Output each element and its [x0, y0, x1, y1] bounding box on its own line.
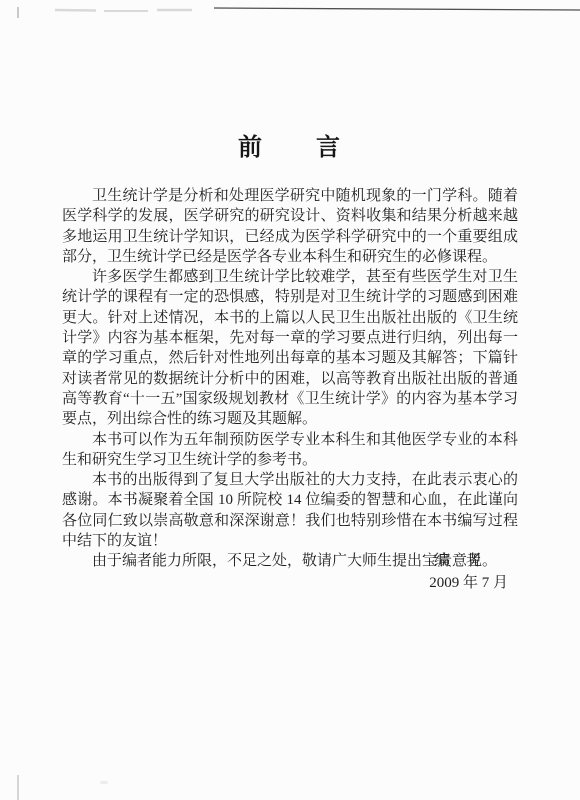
signature-date: 2009 年 7 月: [429, 572, 508, 594]
page-title: 前 言: [0, 127, 580, 162]
scan-artifact-tick-top: [17, 7, 19, 18]
paragraph-3: 本书可以作为五年制预防医学专业本科生和其他医学专业的本科生和研究生学习卫生统计学…: [62, 430, 518, 471]
scan-line: [214, 8, 580, 10]
paragraph-2: 许多医学生都感到卫生统计学比较难学，甚至有些医学生对卫生统计学的课程有一定的恐惧…: [62, 267, 518, 429]
preface-body: 卫生统计学是分析和处理医学研究中随机现象的一门学科。随着医学科学的发展，医学研究…: [62, 186, 518, 572]
signature-block: 编 者 2009 年 7 月: [429, 550, 508, 594]
paragraph-1: 卫生统计学是分析和处理医学研究中随机现象的一门学科。随着医学科学的发展，医学研究…: [62, 186, 518, 267]
scan-dash-1: [55, 10, 96, 11]
scanned-page: 前 言 卫生统计学是分析和处理医学研究中随机现象的一门学科。随着医学科学的发展，…: [0, 0, 580, 800]
author-signature: 编 者: [429, 550, 482, 572]
scan-artifact-top-line: [0, 0, 580, 22]
paragraph-4: 本书的出版得到了复旦大学出版社的大力支持，在此表示衷心的感谢。本书凝聚着全国 1…: [62, 470, 518, 551]
scan-artifact-tick-bottom: [17, 775, 19, 800]
scan-artifact-smudge: [100, 781, 108, 784]
